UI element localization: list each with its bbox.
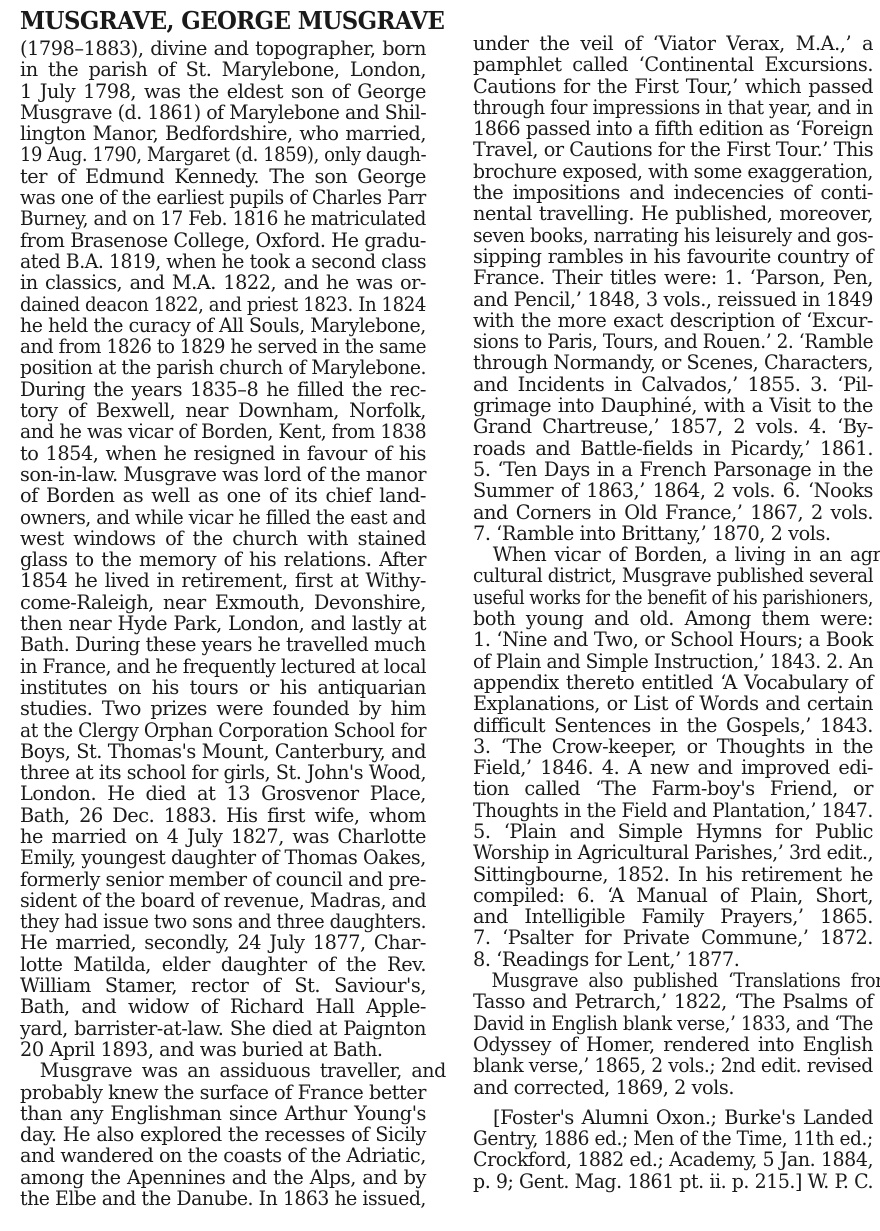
text-line: 3. ‘The Crow-keeper, or Thoughts in the: [473, 736, 873, 757]
text-line: in France, and he frequently lectured at…: [20, 656, 426, 677]
bibliography: [Foster's Alumni Oxon.; Burke's Landed G…: [473, 1107, 873, 1192]
text-line: glass to the memory of his relations. Af…: [20, 549, 426, 570]
text-line: and Pencil,’ 1848, 3 vols., reissued in …: [473, 289, 873, 310]
bibliography-line: [Foster's Alumni Oxon.; Burke's Landed: [473, 1107, 873, 1128]
text-line: seven books, narrating his leisurely and…: [473, 225, 873, 246]
right-column: under the veil of ‘Viator Verax, M.A.,’ …: [473, 33, 873, 1192]
text-line: through four impressions in that year, a…: [473, 97, 873, 118]
text-line: he married on 4 July 1827, was Charlotte: [20, 826, 426, 847]
text-line: Summer of 1863,’ 1864, 2 vols. 6. ‘Nooks: [473, 480, 873, 501]
text-line: of Borden as well as one of its chief la…: [20, 485, 426, 506]
bibliography-line: p. 9; Gent. Mag. 1861 pt. ii. p. 215.] W…: [473, 1171, 873, 1192]
text-line: and Intelligible Family Prayers,’ 1865.: [473, 906, 873, 927]
text-line: west windows of the church with stained: [20, 528, 426, 549]
text-line: from Brasenose College, Oxford. He gradu…: [20, 230, 426, 251]
text-line: than any Englishman since Arthur Young's: [20, 1103, 426, 1124]
text-line: sipping rambles in his favourite country…: [473, 246, 873, 267]
text-line: Grand Chartreuse,’ 1857, 2 vols. 4. ‘By-: [473, 416, 873, 437]
text-line: Musgrave also published ‘Translations fr…: [473, 970, 880, 991]
text-line: at the Clergy Orphan Corporation School …: [20, 720, 426, 741]
text-line: 1 July 1798, was the eldest son of Georg…: [20, 81, 426, 102]
text-line: 8. ‘Readings for Lent,’ 1877.: [473, 949, 873, 970]
text-line: and he was vicar of Borden, Kent, from 1…: [20, 421, 426, 442]
text-line: then near Hyde Park, London, and lastly …: [20, 613, 426, 634]
text-line: blank verse,’ 1865, 2 vols.; 2nd edit. r…: [473, 1055, 873, 1076]
text-line: among the Apennines and the Alps, and by: [20, 1167, 426, 1188]
text-line: When vicar of Borden, a living in an agr…: [473, 544, 880, 565]
text-line: and from 1826 to 1829 he served in the s…: [20, 336, 426, 357]
article-headline: MUSGRAVE, GEORGE MUSGRAVE: [20, 6, 398, 36]
text-line: come-Raleigh, near Exmouth, Devonshire,: [20, 592, 426, 613]
text-line: Travel, or Cautions for the First Tour.’…: [473, 139, 873, 160]
text-line: Sittingbourne, 1852. In his retirement h…: [473, 864, 873, 885]
text-line: 20 April 1893, and was buried at Bath.: [20, 1039, 426, 1060]
text-line: under the veil of ‘Viator Verax, M.A.,’ …: [473, 33, 873, 54]
text-line: lotte Matilda, elder daughter of the Rev…: [20, 954, 426, 975]
text-line: he held the curacy of All Souls, Maryleb…: [20, 315, 426, 336]
text-line: Musgrave (d. 1861) of Marylebone and Shi…: [20, 102, 426, 123]
text-line: London. He died at 13 Grosvenor Place,: [20, 783, 426, 804]
text-line: Tasso and Petrarch,’ 1822, ‘The Psalms o…: [473, 991, 873, 1012]
bibliography-line: Crockford, 1882 ed.; Academy, 5 Jan. 188…: [473, 1149, 873, 1170]
text-line: 19 Aug. 1790, Margaret (d. 1859), only d…: [20, 144, 426, 165]
text-line: Bath. During these years he travelled mu…: [20, 634, 426, 655]
text-line: 1866 passed into a fifth edition as ‘For…: [473, 118, 873, 139]
text-line: sident of the board of revenue, Madras, …: [20, 890, 426, 911]
text-line: William Stamer, rector of St. Saviour's,: [20, 975, 426, 996]
text-line: During the years 1835–8 he filled the re…: [20, 379, 426, 400]
text-line: Boys, St. Thomas's Mount, Canterbury, an…: [20, 741, 426, 762]
text-line: roads and Battle-fields in Picardy,’ 186…: [473, 438, 873, 459]
text-line: Musgrave was an assiduous traveller, and: [20, 1060, 446, 1081]
text-line: difficult Sentences in the Gospels,’ 184…: [473, 715, 873, 736]
text-line: in classics, and M.A. 1822, and he was o…: [20, 272, 426, 293]
text-line: Emily, youngest daughter of Thomas Oakes…: [20, 847, 426, 868]
text-line: appendix thereto entitled ‘A Vocabulary …: [473, 672, 873, 693]
text-line: and corrected, 1869, 2 vols.: [473, 1077, 873, 1098]
text-line: in the parish of St. Marylebone, London,: [20, 59, 426, 80]
text-line: Cautions for the First Tour,’ which pass…: [473, 76, 873, 97]
text-line: Explanations, or List of Words and certa…: [473, 693, 873, 714]
text-line: 7. ‘Psalter for Private Commune,’ 1872.: [473, 927, 873, 948]
text-line: brochure exposed, with some exaggeration…: [473, 161, 873, 182]
text-line: dained deacon 1822, and priest 1823. In …: [20, 294, 426, 315]
text-line: 1854 he lived in retirement, first at Wi…: [20, 570, 426, 591]
text-line: owners, and while vicar he filled the ea…: [20, 507, 426, 528]
text-line: of Plain and Simple Instruction,’ 1843. …: [473, 651, 873, 672]
bibliography-line: Gentry, 1886 ed.; Men of the Time, 11th …: [473, 1128, 873, 1149]
text-line: sions to Paris, Tours, and Rouen.’ 2. ‘R…: [473, 331, 873, 352]
text-line: Bath, 26 Dec. 1883. His first wife, whom: [20, 805, 426, 826]
text-line: France. Their titles were: 1. ‘Parson, P…: [473, 267, 873, 288]
text-line: He married, secondly, 24 July 1877, Char…: [20, 932, 426, 953]
text-line: Bath, and widow of Richard Hall Apple-: [20, 996, 426, 1017]
left-column: MUSGRAVE, GEORGE MUSGRAVE (1798–1883), d…: [20, 0, 426, 1209]
text-line: 5. ‘Ten Days in a French Parsonage in th…: [473, 459, 873, 480]
document-page: MUSGRAVE, GEORGE MUSGRAVE (1798–1883), d…: [0, 0, 880, 1231]
text-line: was one of the earliest pupils of Charle…: [20, 187, 426, 208]
text-line: ated B.A. 1819, when he took a second cl…: [20, 251, 426, 272]
text-line: formerly senior member of council and pr…: [20, 869, 426, 890]
text-line: grimage into Dauphiné, with a Visit to t…: [473, 395, 873, 416]
text-line: (1798–1883), divine and topographer, bor…: [20, 38, 426, 59]
text-line: tion called ‘The Farm-boy's Friend, or: [473, 778, 873, 799]
text-line: useful works for the benefit of his pari…: [473, 587, 873, 608]
text-line: Odyssey of Homer, rendered into English: [473, 1034, 873, 1055]
text-line: yard, barrister-at-law. She died at Paig…: [20, 1018, 426, 1039]
text-line: and Corners in Old France,’ 1867, 2 vols…: [473, 502, 873, 523]
text-line: the impositions and indecencies of conti…: [473, 182, 873, 203]
text-line: three at its school for girls, St. John'…: [20, 762, 426, 783]
text-line: day. He also explored the recesses of Si…: [20, 1124, 426, 1145]
text-line: Worship in Agricultural Parishes,’ 3rd e…: [473, 842, 873, 863]
text-line: compiled: 6. ‘A Manual of Plain, Short,: [473, 885, 873, 906]
text-line: tory of Bexwell, near Downham, Norfolk,: [20, 400, 426, 421]
text-line: the Elbe and the Danube. In 1863 he issu…: [20, 1188, 426, 1209]
text-line: son-in-law. Musgrave was lord of the man…: [20, 464, 426, 485]
text-line: both young and old. Among them were:: [473, 608, 873, 629]
text-line: pamphlet called ‘Continental Excursions.: [473, 54, 873, 75]
text-line: and Incidents in Calvados,’ 1855. 3. ‘Pi…: [473, 374, 873, 395]
text-line: with the more exact description of ‘Excu…: [473, 310, 873, 331]
text-line: through Normandy, or Scenes, Characters,: [473, 352, 873, 373]
text-line: they had issue two sons and three daught…: [20, 911, 426, 932]
text-line: lington Manor, Bedfordshire, who married…: [20, 123, 426, 144]
text-line: institutes on his tours or his antiquari…: [20, 677, 426, 698]
text-line: Thoughts in the Field and Plantation,’ 1…: [473, 800, 873, 821]
text-line: studies. Two prizes were founded by him: [20, 698, 426, 719]
text-line: nental travelling. He published, moreove…: [473, 203, 873, 224]
text-line: 1. ‘Nine and Two, or School Hours; a Boo…: [473, 629, 873, 650]
text-line: 5. ‘Plain and Simple Hymns for Public: [473, 821, 873, 842]
text-line: 7. ‘Ramble into Brittany,’ 1870, 2 vols.: [473, 523, 873, 544]
text-line: cultural district, Musgrave published se…: [473, 565, 873, 586]
text-line: and wandered on the coasts of the Adriat…: [20, 1145, 426, 1166]
text-line: Burney, and on 17 Feb. 1816 he matricula…: [20, 208, 426, 229]
text-line: probably knew the surface of France bett…: [20, 1082, 426, 1103]
text-line: Field,’ 1846. 4. A new and improved edi-: [473, 757, 873, 778]
text-line: David in English blank verse,’ 1833, and…: [473, 1013, 873, 1034]
text-line: position at the parish church of Maryleb…: [20, 357, 426, 378]
text-line: ter of Edmund Kennedy. The son George: [20, 166, 426, 187]
text-line: to 1854, when he resigned in favour of h…: [20, 443, 426, 464]
